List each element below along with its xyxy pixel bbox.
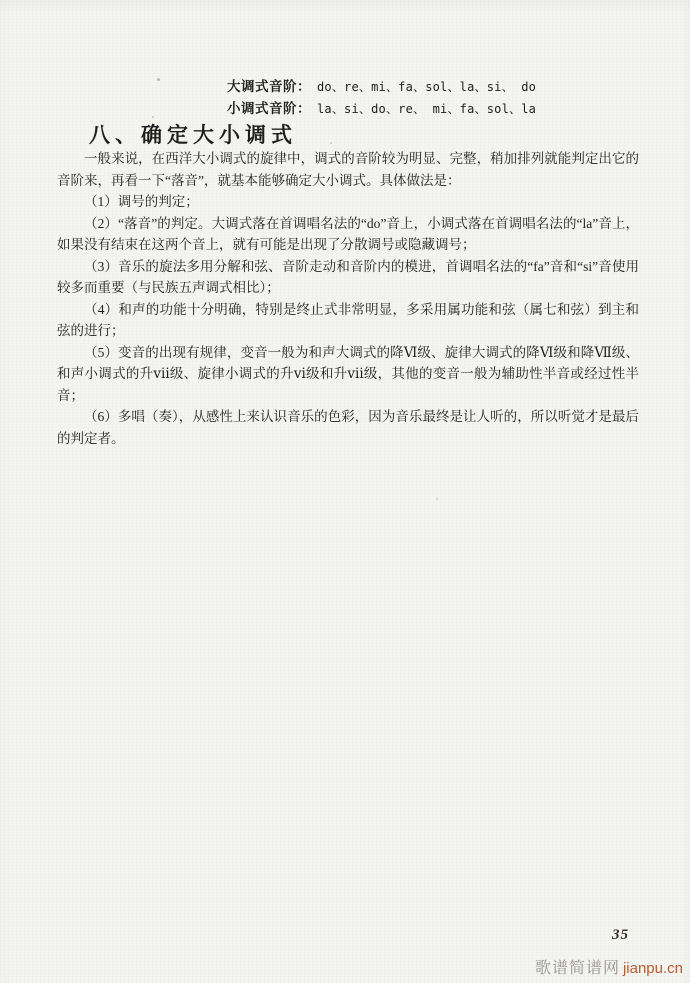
list-item-3: （3）音乐的旋法多用分解和弦、音阶走动和音阶内的模进，首调唱名法的“fa”音和“… bbox=[57, 256, 639, 299]
page-number: 35 bbox=[612, 927, 629, 944]
watermark: 歌谱简谱网jianpu.cn bbox=[535, 955, 683, 978]
scan-speck bbox=[152, 116, 154, 118]
list-item-5: （5）变音的出现有规律，变音一般为和声大调式的降Ⅵ级、旋律大调式的降Ⅵ级和降Ⅶ级… bbox=[57, 342, 639, 407]
scan-speck bbox=[330, 142, 332, 144]
body-text: 一般来说，在西洋大小调式的旋律中，调式的音阶较为明显、完整，稍加排列就能判定出它… bbox=[57, 148, 639, 449]
minor-scale-notes: la、si、do、re、 mi、fa、sol、la bbox=[317, 102, 536, 116]
section-heading: 八、确定大小调式 bbox=[89, 119, 297, 149]
list-item-1: （1）调号的判定； bbox=[57, 191, 639, 213]
major-scale-notes: do、re、mi、fa、sol、la、si、 do bbox=[317, 80, 536, 94]
minor-scale-line: 小调式音阶：la、si、do、re、 mi、fa、sol、la bbox=[227, 98, 536, 120]
major-scale-label: 大调式音阶： bbox=[227, 79, 311, 94]
list-item-4: （4）和声的功能十分明确，特别是终止式非常明显，多采用属功能和弦（属七和弦）到主… bbox=[57, 299, 639, 342]
minor-scale-label: 小调式音阶： bbox=[227, 101, 311, 116]
scan-speck bbox=[436, 498, 438, 500]
watermark-site-url: jianpu.cn bbox=[623, 960, 683, 977]
scan-speck bbox=[157, 78, 160, 81]
watermark-site-name: 歌谱简谱网 bbox=[535, 960, 620, 977]
intro-paragraph: 一般来说，在西洋大小调式的旋律中，调式的音阶较为明显、完整，稍加排列就能判定出它… bbox=[57, 148, 639, 191]
scanned-book-page: 大调式音阶：do、re、mi、fa、sol、la、si、 do 小调式音阶：la… bbox=[0, 0, 690, 983]
list-item-6: （6）多唱（奏），从感性上来认识音乐的色彩，因为音乐最终是让人听的，所以听觉才是… bbox=[57, 406, 639, 449]
list-item-2: （2）“落音”的判定。大调式落在首调唱名法的“do”音上，小调式落在首调唱名法的… bbox=[57, 213, 639, 256]
major-scale-line: 大调式音阶：do、re、mi、fa、sol、la、si、 do bbox=[227, 76, 536, 98]
scale-examples: 大调式音阶：do、re、mi、fa、sol、la、si、 do 小调式音阶：la… bbox=[227, 76, 536, 120]
